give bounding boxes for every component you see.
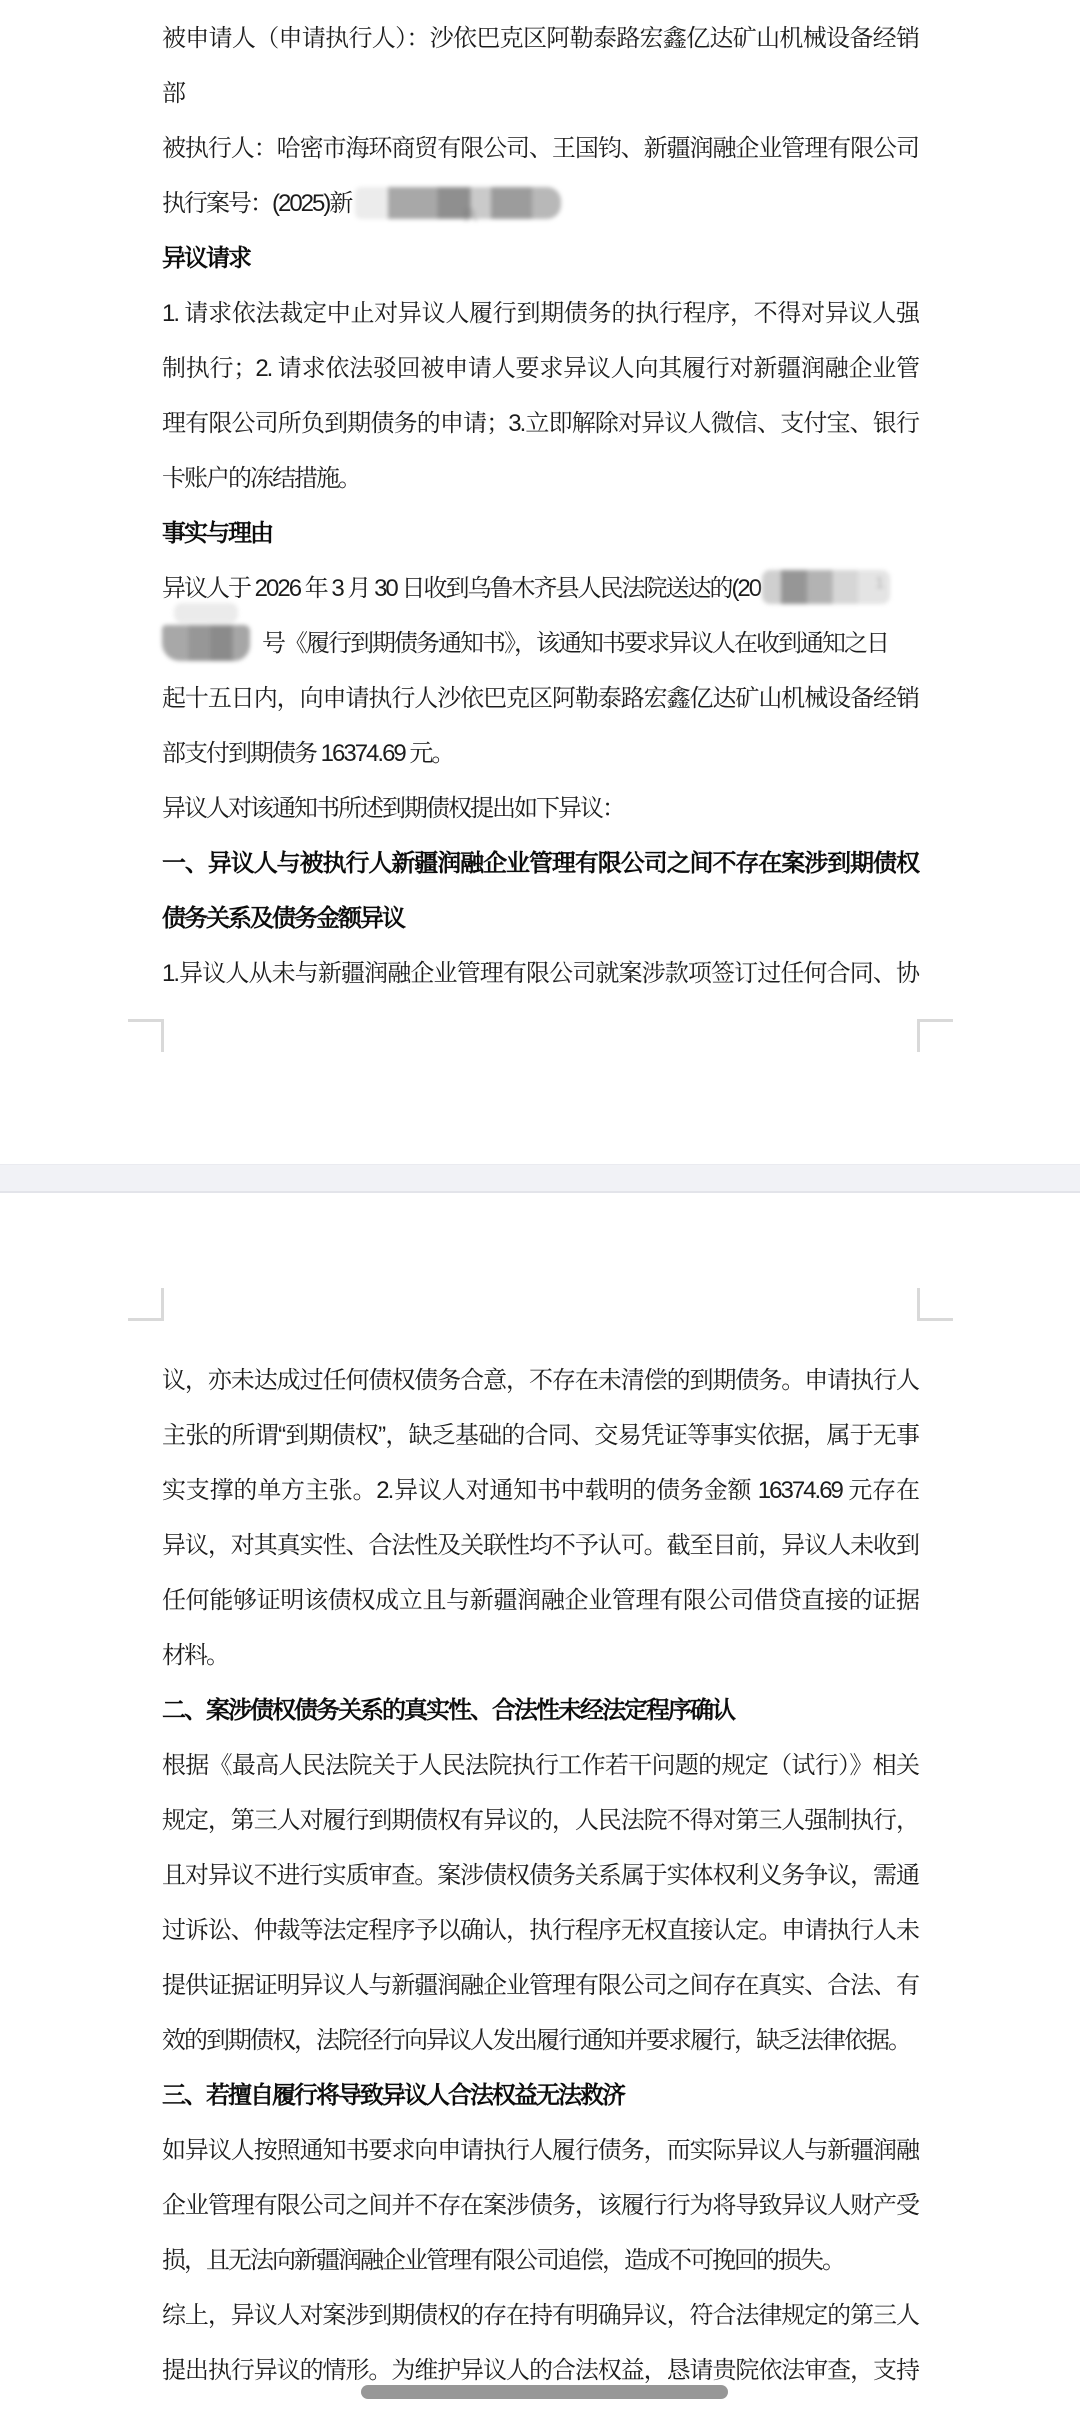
line-text: 主张的所谓“到期债权”，缺乏基础的合同、交易凭证等事实依据，属于无事: [162, 1422, 918, 1449]
line-text: 异议人于 2026 年 3 月 30 日收到乌鲁木齐县人民法院送达的(20: [162, 575, 760, 602]
text-boundary-mark-page2-top-left: [128, 1288, 164, 1321]
document-line: 二、案涉债权债务关系的真实性、合法性未经法定程序确认: [162, 1683, 918, 1738]
line-text: 企业管理有限公司之间并不存在案涉债务，该履行行为将导致异议人财产受: [162, 2192, 918, 2219]
document-line: 实支撑的单方主张。2.异议人对通知书中载明的债务金额 16374.69 元存在: [162, 1463, 918, 1518]
line-text: 二、案涉债权债务关系的真实性、合法性未经法定程序确认: [162, 1697, 734, 1724]
document-line: 损，且无法向新疆润融企业管理有限公司追偿，造成不可挽回的损失。: [162, 2233, 918, 2288]
document-line: 一、异议人与被执行人新疆润融企业管理有限公司之间不存在案涉到期债权: [162, 836, 918, 891]
document-line: 提供证据证明异议人与新疆润融企业管理有限公司之间存在真实、合法、有: [162, 1958, 918, 2013]
document-line: 且对异议不进行实质审查。案涉债权债务关系属于实体权利义务争议，需通: [162, 1848, 918, 1903]
text-boundary-mark-page2-top-right: [917, 1288, 953, 1321]
document-line: 材料。: [162, 1628, 918, 1683]
line-text: 制执行；2. 请求依法驳回被申请人要求异议人向其履行对新疆润融企业管: [162, 355, 918, 382]
document-line: 议，亦未达成过任何债权债务合意，不存在未清偿的到期债务。申请执行人: [162, 1353, 918, 1408]
document-line: 异议，对其真实性、合法性及关联性均不予认可。截至目前，异议人未收到: [162, 1518, 918, 1573]
document-line: 如异议人按照通知书要求向申请执行人履行债务，而实际异议人与新疆润融: [162, 2123, 918, 2178]
document-line: 根据《最高人民法院关于人民法院执行工作若干问题的规定（试行）》相关: [162, 1738, 918, 1793]
document-line: 异议请求: [162, 231, 918, 286]
document-line: 规定，第三人对履行到期债权有异议的，人民法院不得对第三人强制执行，: [162, 1793, 918, 1848]
document-line: 被执行人：哈密市海环商贸有限公司、王国钧、新疆润融企业管理有限公司: [162, 121, 918, 176]
document-line: 执行案号：(2025)新执: [162, 176, 918, 231]
redaction-blur-notice-number-head: [162, 625, 250, 661]
redaction-hint: 执: [462, 188, 477, 243]
document-line: 异议人对该通知书所述到期债权提出如下异议：: [162, 781, 918, 836]
document-line: 部: [162, 66, 918, 121]
line-text: 综上，异议人对案涉到期债权的存在持有明确异议，符合法律规定的第三人: [162, 2302, 918, 2329]
line-text: 异议请求: [162, 245, 250, 272]
line-text: 债务关系及债务金额异议: [162, 905, 404, 932]
text-boundary-mark-page1-bottom-left: [128, 1019, 164, 1052]
document-line: 部支付到期债务 16374.69 元。: [162, 726, 918, 781]
document-line: 1.异议人从未与新疆润融企业管理有限公司就案涉款项签订过任何合同、协: [162, 946, 918, 1001]
document-line: 综上，异议人对案涉到期债权的存在持有明确异议，符合法律规定的第三人: [162, 2288, 918, 2343]
line-text: 异议，对其真实性、合法性及关联性均不予认可。截至目前，异议人未收到: [162, 1532, 918, 1559]
line-text: 损，且无法向新疆润融企业管理有限公司追偿，造成不可挽回的损失。: [162, 2247, 844, 2274]
document-line: 异议人于 2026 年 3 月 30 日收到乌鲁木齐县人民法院送达的(201: [162, 561, 918, 616]
redaction-blur-notice-number-tail: 1: [762, 570, 890, 604]
document-line: 1. 请求依法裁定中止对异议人履行到期债务的执行程序，不得对异议人强: [162, 286, 918, 341]
line-text: 一、异议人与被执行人新疆润融企业管理有限公司之间不存在案涉到期债权: [162, 850, 918, 877]
text-boundary-mark-page1-bottom-right: [917, 1019, 953, 1052]
page-2-text: 议，亦未达成过任何债权债务合意，不存在未清偿的到期债务。申请执行人主张的所谓“到…: [162, 1353, 918, 2398]
document-line: 事实与理由: [162, 506, 918, 561]
line-text: 提出执行异议的情形。为维护异议人的合法权益，恳请贵院依法审查，支持: [162, 2357, 918, 2384]
line-text: 理有限公司所负到期债务的申请；3.立即解除对异议人微信、支付宝、银行: [162, 410, 918, 437]
document-line: 企业管理有限公司之间并不存在案涉债务，该履行行为将导致异议人财产受: [162, 2178, 918, 2233]
document-line: 理有限公司所负到期债务的申请；3.立即解除对异议人微信、支付宝、银行: [162, 396, 918, 451]
document-line: 效的到期债权，法院径行向异议人发出履行通知并要求履行，缺乏法律依据。: [162, 2013, 918, 2068]
document-line: 任何能够证明该债权成立且与新疆润融企业管理有限公司借贷直接的证据: [162, 1573, 918, 1628]
line-text: 材料。: [162, 1642, 228, 1669]
line-text: 执行案号：(2025)新: [162, 190, 351, 217]
redaction-hint: 1: [875, 556, 884, 611]
line-text: 实支撑的单方主张。2.异议人对通知书中载明的债务金额 16374.69 元存在: [162, 1477, 918, 1504]
line-text: 1. 请求依法裁定中止对异议人履行到期债务的执行程序，不得对异议人强: [162, 300, 918, 327]
line-text: 卡账户的冻结措施。: [162, 465, 360, 492]
document-line: 卡账户的冻结措施。: [162, 451, 918, 506]
line-text: 规定，第三人对履行到期债权有异议的，人民法院不得对第三人强制执行，: [162, 1807, 918, 1834]
line-text: 三、若擅自履行将导致异议人合法权益无法救济: [162, 2082, 624, 2109]
line-text: 效的到期债权，法院径行向异议人发出履行通知并要求履行，缺乏法律依据。: [162, 2027, 910, 2054]
line-text: 异议人对该通知书所述到期债权提出如下异议：: [162, 795, 624, 822]
document-line: 三、若擅自履行将导致异议人合法权益无法救济: [162, 2068, 918, 2123]
scroll-indicator[interactable]: [361, 2385, 728, 2399]
page-1-text: 被申请人（申请执行人）：沙依巴克区阿勒泰路宏鑫亿达矿山机械设备经销部被执行人：哈…: [162, 11, 918, 1001]
line-text: 且对异议不进行实质审查。案涉债权债务关系属于实体权利义务争议，需通: [162, 1862, 918, 1889]
page-separator: [0, 1164, 1080, 1193]
document-line: 号《履行到期债务通知书》，该通知书要求异议人在收到通知之日: [162, 616, 918, 671]
line-text: 如异议人按照通知书要求向申请执行人履行债务，而实际异议人与新疆润融: [162, 2137, 918, 2164]
document-line: 过诉讼、仲裁等法定程序予以确认，执行程序无权直接认定。申请执行人未: [162, 1903, 918, 1958]
line-text: 任何能够证明该债权成立且与新疆润融企业管理有限公司借贷直接的证据: [162, 1587, 918, 1614]
document-line: 主张的所谓“到期债权”，缺乏基础的合同、交易凭证等事实依据，属于无事: [162, 1408, 918, 1463]
document-line: 被申请人（申请执行人）：沙依巴克区阿勒泰路宏鑫亿达矿山机械设备经销: [162, 11, 918, 66]
line-text: 部支付到期债务 16374.69 元。: [162, 740, 453, 767]
line-text: 根据《最高人民法院关于人民法院执行工作若干问题的规定（试行）》相关: [162, 1752, 918, 1779]
redaction-blur-case-number: 执: [355, 187, 561, 219]
line-text: 部: [162, 80, 184, 107]
line-text: 提供证据证明异议人与新疆润融企业管理有限公司之间存在真实、合法、有: [162, 1972, 918, 1999]
line-text: 被执行人：哈密市海环商贸有限公司、王国钧、新疆润融企业管理有限公司: [162, 135, 918, 162]
line-text: 1.异议人从未与新疆润融企业管理有限公司就案涉款项签订过任何合同、协: [162, 960, 918, 987]
line-text: 起十五日内，向申请执行人沙依巴克区阿勒泰路宏鑫亿达矿山机械设备经销: [162, 685, 918, 712]
line-text: 过诉讼、仲裁等法定程序予以确认，执行程序无权直接认定。申请执行人未: [162, 1917, 918, 1944]
line-text: 号《履行到期债务通知书》，该通知书要求异议人在收到通知之日: [262, 630, 888, 657]
document-line: 债务关系及债务金额异议: [162, 891, 918, 946]
line-text: 议，亦未达成过任何债权债务合意，不存在未清偿的到期债务。申请执行人: [162, 1367, 918, 1394]
line-text: 事实与理由: [162, 520, 272, 547]
document-line: 起十五日内，向申请执行人沙依巴克区阿勒泰路宏鑫亿达矿山机械设备经销: [162, 671, 918, 726]
document-line: 制执行；2. 请求依法驳回被申请人要求异议人向其履行对新疆润融企业管: [162, 341, 918, 396]
line-text: 被申请人（申请执行人）：沙依巴克区阿勒泰路宏鑫亿达矿山机械设备经销: [162, 25, 918, 52]
